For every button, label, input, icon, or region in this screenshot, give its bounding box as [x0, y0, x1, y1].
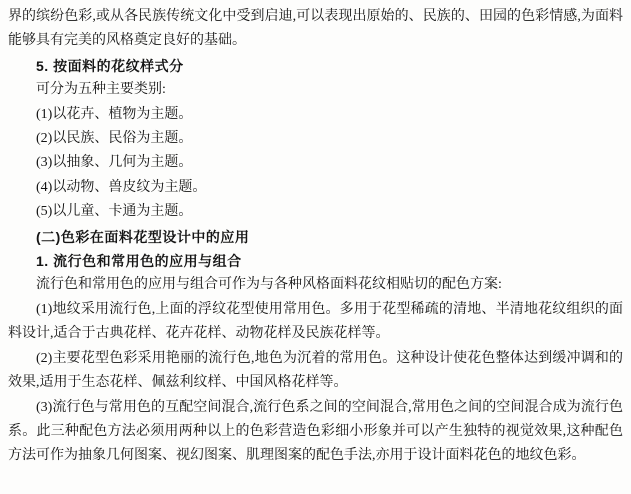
list-item-1: (1)以花卉、植物为主题。: [8, 103, 623, 127]
heading-subsection-1: 1. 流行色和常用色的应用与组合: [8, 249, 623, 273]
paragraph-scheme-2: (2)主要花型色彩采用艳丽的流行色,地色为沉着的常用色。这种设计使花色整体达到缓…: [8, 347, 623, 396]
list-item-4: (4)以动物、兽皮纹为主题。: [8, 176, 623, 200]
paragraph-scheme-lead: 流行色和常用色的应用与组合可作为与各种风格面料花纹相贴切的配色方案:: [8, 273, 623, 297]
paragraph-scheme-3: (3)流行色与常用色的互配空间混合,流行色系之间的空间混合,常用色之间的空间混合…: [8, 396, 623, 469]
heading-section-5: 5. 按面料的花纹样式分: [8, 54, 623, 78]
paragraph-category-lead: 可分为五种主要类别:: [8, 78, 623, 102]
list-item-2: (2)以民族、民俗为主题。: [8, 127, 623, 151]
paragraph-scheme-1: (1)地纹采用流行色,上面的浮纹花型使用常用色。多用于花型稀疏的清地、半清地花纹…: [8, 298, 623, 347]
list-item-5: (5)以儿童、卡通为主题。: [8, 200, 623, 224]
list-item-3: (3)以抽象、几何为主题。: [8, 151, 623, 175]
document-page: 界的缤纷色彩,或从各民族传统文化中受到启迪,可以表现出原始的、民族的、田园的色彩…: [0, 0, 631, 494]
heading-section-2: (二)色彩在面料花型设计中的应用: [8, 225, 623, 249]
paragraph-intro-continuation: 界的缤纷色彩,或从各民族传统文化中受到启迪,可以表现出原始的、民族的、田园的色彩…: [8, 5, 623, 54]
